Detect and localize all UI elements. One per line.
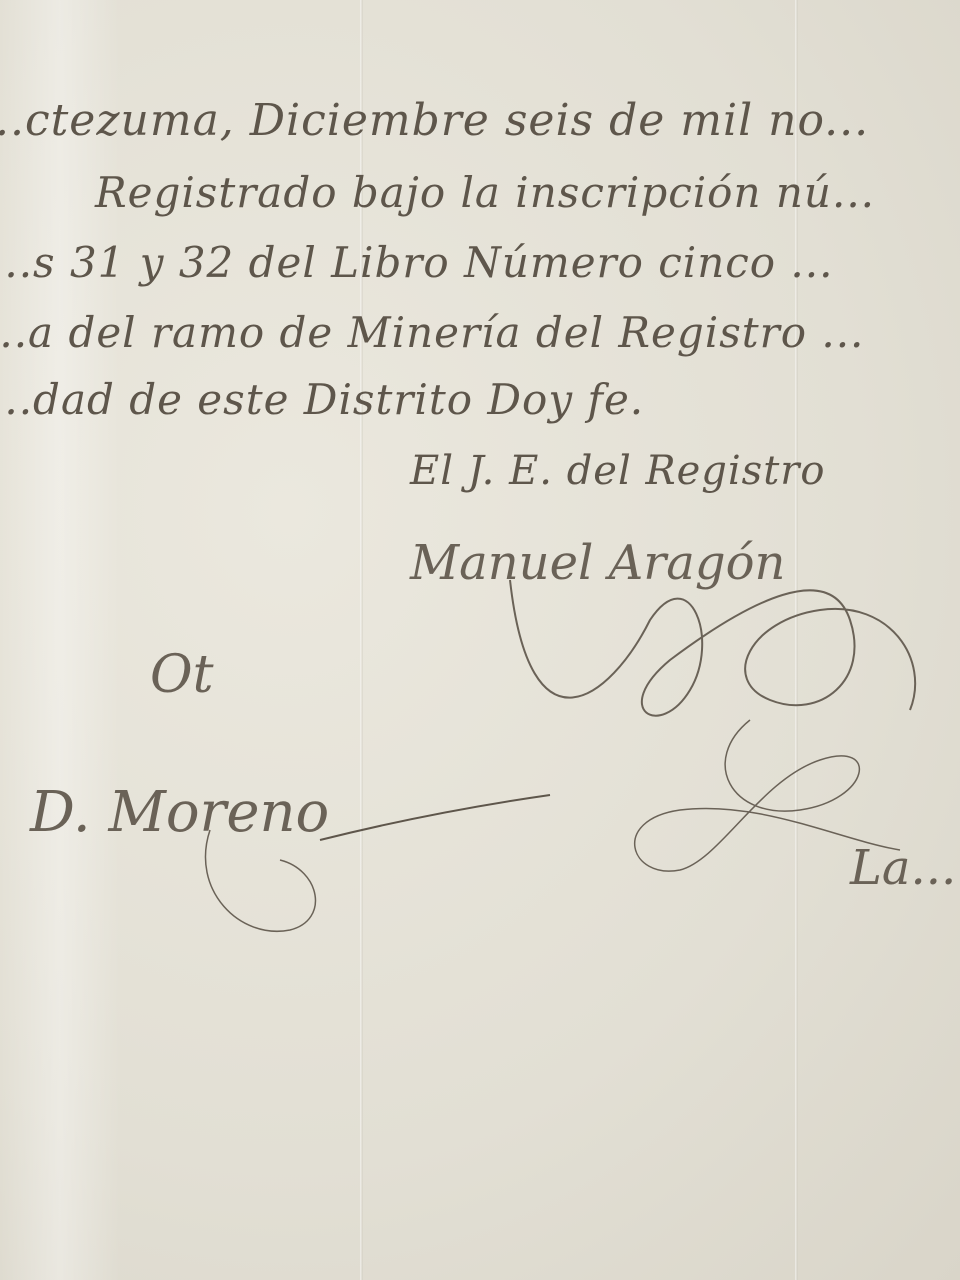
- text-line-5: ...dad de este Distrito Doy fe.: [0, 375, 644, 424]
- text-line-1: ...ctezuma, Diciembre seis de mil no...: [0, 95, 869, 146]
- right-signature-partial: La...: [850, 840, 956, 896]
- registry-title: El J. E. del Registro: [410, 448, 825, 494]
- text-line-4: ...a del ramo de Minería del Registro ..…: [0, 308, 864, 357]
- text-line-2: Registrado bajo la inscripción nú...: [95, 168, 875, 217]
- left-initials: Ot: [150, 645, 214, 705]
- left-signature-loop: [180, 830, 380, 950]
- document-page: ...ctezuma, Diciembre seis de mil no... …: [0, 0, 960, 1280]
- text-line-3: ...s 31 y 32 del Libro Número cinco ...: [0, 238, 833, 287]
